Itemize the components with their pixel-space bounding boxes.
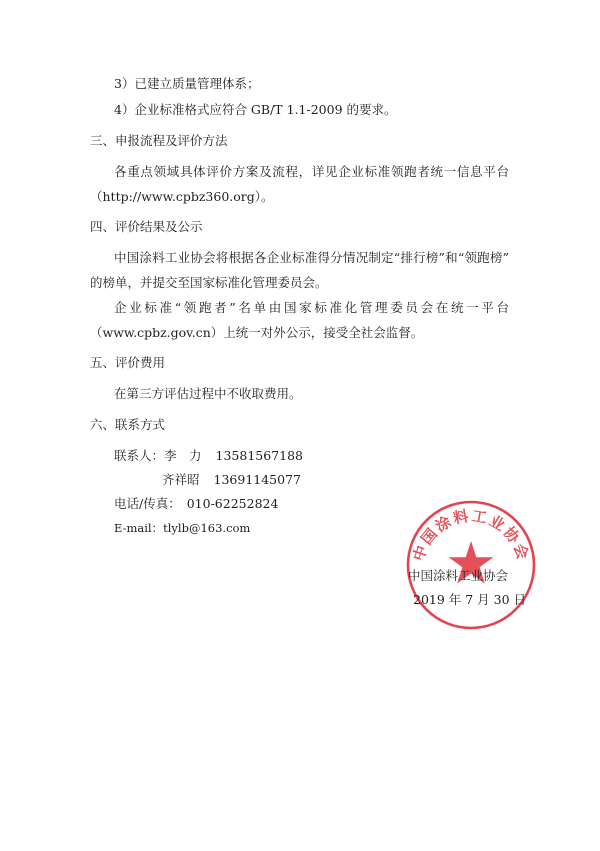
phone-fax-label: 电话/传真：	[114, 496, 181, 511]
contact-name: 李 力	[164, 448, 202, 463]
contact-phone: 13691145077	[214, 472, 301, 487]
document-page: 3）已建立质量管理体系； 4）企业标准格式应符合 GB/T 1.1-2009 的…	[0, 0, 600, 851]
signature-organization: 中国涂料工业协会	[408, 566, 508, 584]
paragraph-line: 中国涂料工业协会将根据各企业标准得分情况制定“排行榜”和“领跑榜”	[114, 250, 509, 266]
list-item-text: 企业标准格式应符合 GB/T 1.1-2009 的要求。	[134, 102, 396, 117]
list-item-number: 4）	[114, 102, 134, 117]
paragraph-line: （www.cpbz.gov.cn）上统一对外公示，接受全社会监督。	[90, 325, 423, 341]
section-heading-3: 三、申报流程及评价方法	[90, 133, 228, 149]
paragraph-line: 在第三方评估过程中不收取费用。	[114, 386, 302, 402]
paragraph-line: （http://www.cpbz360.org）。	[90, 189, 274, 205]
email-label: E-mail：	[114, 521, 163, 535]
paragraph-line: 的榜单，并提交至国家标准化管理委员会。	[90, 275, 328, 291]
email-row: E-mail：tlylb@163.com	[114, 520, 250, 536]
email-value: tlylb@163.com	[163, 521, 250, 535]
list-item-4: 4）企业标准格式应符合 GB/T 1.1-2009 的要求。	[114, 102, 397, 118]
signature-date: 2019 年 7 月 30 日	[413, 590, 526, 608]
official-seal-icon: 中国涂料工业协会	[405, 499, 537, 631]
contact-row-1: 联系人：李 力13581567188	[114, 448, 303, 464]
section-heading-6: 六、联系方式	[90, 417, 165, 433]
list-item-text: 已建立质量管理体系；	[134, 76, 259, 91]
contact-phone: 13581567188	[216, 448, 303, 463]
paragraph-line: 各重点领域具体评价方案及流程，详见企业标准领跑者统一信息平台	[114, 164, 509, 180]
paragraph-line: 企业标准“领跑者”名单由国家标准化管理委员会在统一平台	[114, 300, 509, 316]
list-item-number: 3）	[114, 76, 134, 91]
section-heading-4: 四、评价结果及公示	[90, 219, 203, 235]
section-heading-5: 五、评价费用	[90, 355, 165, 371]
contact-name: 齐祥昭	[162, 472, 200, 487]
contact-label: 联系人：	[114, 448, 164, 463]
phone-fax-value: 010-62252824	[187, 496, 279, 511]
phone-fax-row: 电话/传真：010-62252824	[114, 496, 278, 512]
list-item-3: 3）已建立质量管理体系；	[114, 76, 259, 92]
contact-row-2: 齐祥昭13691145077	[162, 472, 301, 488]
